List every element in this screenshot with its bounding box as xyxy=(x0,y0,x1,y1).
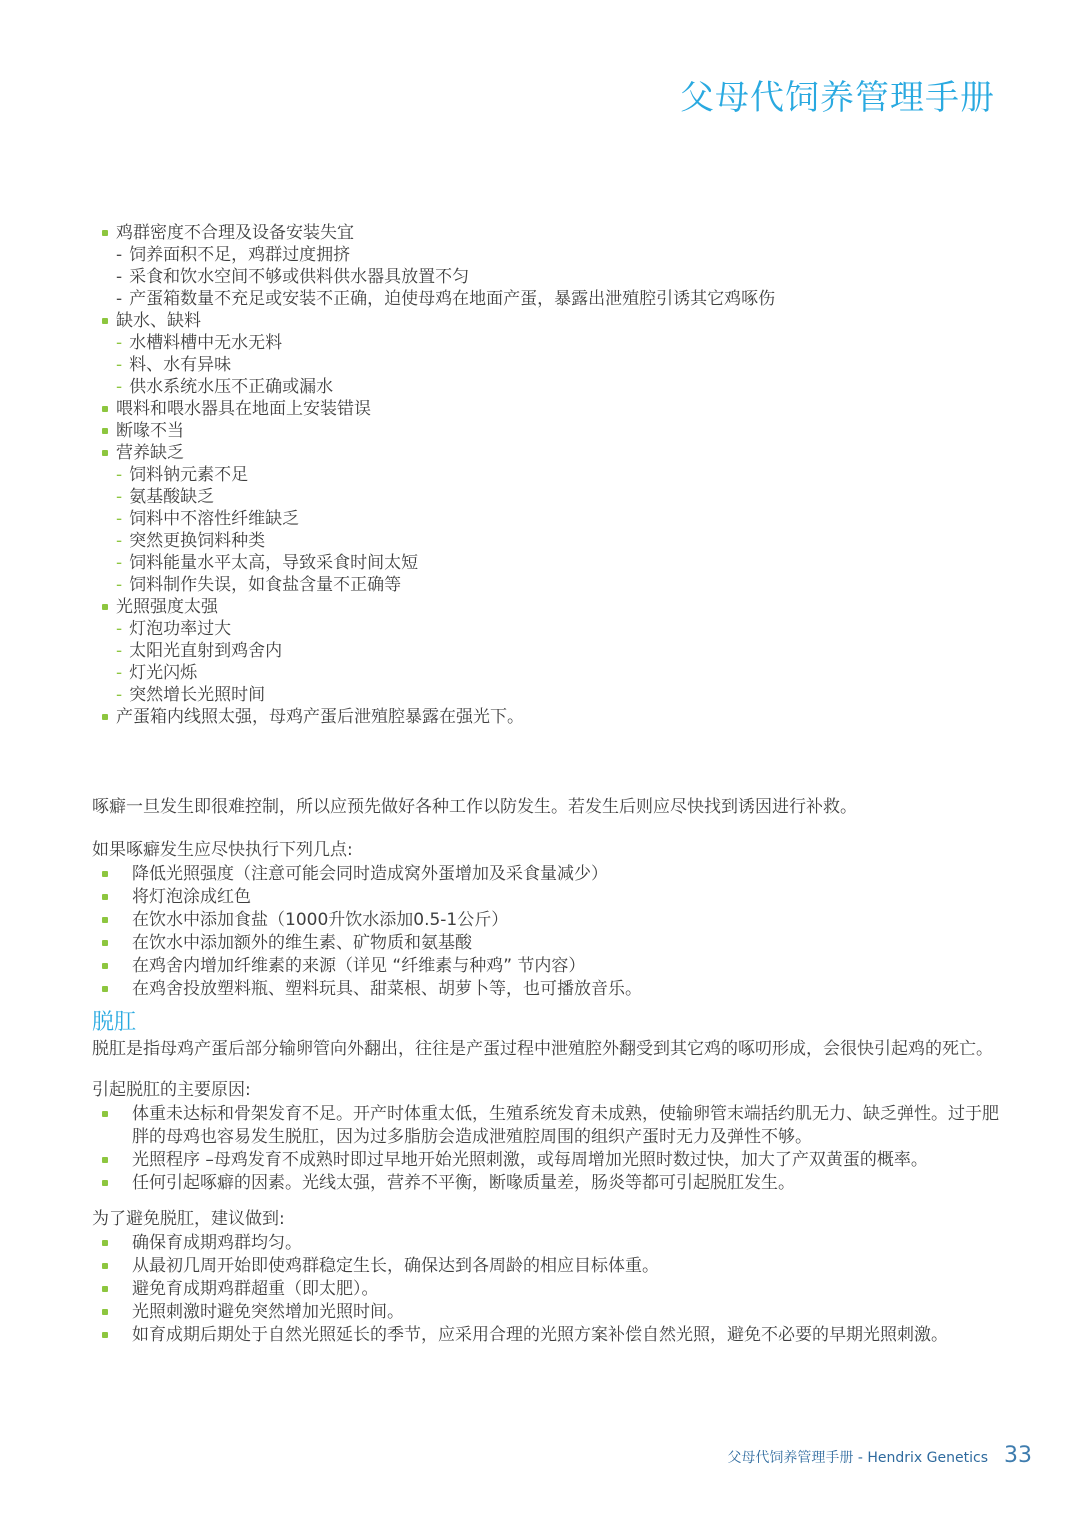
list-item-text: 在鸡舍投放塑料瓶、塑料玩具、甜菜根、胡萝卜等，也可播放音乐。 xyxy=(132,978,1000,1001)
bullet-icon xyxy=(102,450,108,456)
list-item: -饲料制作失误，如食盐含量不正确等 xyxy=(92,574,1000,596)
list-item-text: 供水系统水压不正确或漏水 xyxy=(129,376,1000,398)
list-item-text: 突然更换饲料种类 xyxy=(129,530,1000,552)
list-item: -氨基酸缺乏 xyxy=(92,486,1000,508)
list-item-text: 氨基酸缺乏 xyxy=(129,486,1000,508)
bullet-icon xyxy=(102,871,108,877)
bullet-icon xyxy=(102,1286,108,1292)
dash-icon: - xyxy=(116,376,122,398)
list-item-text: 在鸡舍内增加纤维素的来源（详见 “纤维素与种鸡” 节内容） xyxy=(132,955,1000,978)
list-item-text: 任何引起啄癖的因素。光线太强，营养不平衡，断喙质量差，肠炎等都可引起脱肛发生。 xyxy=(132,1172,1000,1195)
bullet-icon xyxy=(102,230,108,236)
dash-icon: - xyxy=(116,288,122,310)
bullet-icon xyxy=(102,428,108,434)
list-item: 在饮水中添加额外的维生素、矿物质和氨基酸 xyxy=(92,932,1000,955)
list-item: -饲养面积不足，鸡群过度拥挤 xyxy=(92,244,1000,266)
bullet-icon xyxy=(102,406,108,412)
list-item-text: 避免育成期鸡群超重（即太肥）。 xyxy=(132,1278,1000,1301)
list-item-text: 从最初几周开始即使鸡群稳定生长，确保达到各周龄的相应目标体重。 xyxy=(132,1255,1000,1278)
footer-manual-title: 父母代饲养管理手册 - Hendrix Genetics xyxy=(727,1447,988,1467)
bullet-icon xyxy=(102,963,108,969)
content-blocks: 鸡群密度不合理及设备安装失宜-饲养面积不足，鸡群过度拥挤-采食和饮水空间不够或供… xyxy=(92,222,1000,1347)
list-item-text: 饲养面积不足，鸡群过度拥挤 xyxy=(129,244,1000,266)
list-item: -料、水有异味 xyxy=(92,354,1000,376)
bullet-icon xyxy=(102,1332,108,1338)
dash-icon: - xyxy=(116,662,122,684)
spacer xyxy=(92,728,1000,795)
dash-icon: - xyxy=(116,354,122,376)
dash-icon: - xyxy=(116,332,122,354)
list-item-text: 缺水、缺料 xyxy=(116,310,1000,332)
bullet-icon xyxy=(102,604,108,610)
dash-icon: - xyxy=(116,574,122,596)
list-item: 任何引起啄癖的因素。光线太强，营养不平衡，断喙质量差，肠炎等都可引起脱肛发生。 xyxy=(92,1172,1000,1195)
list-item-text: 营养缺乏 xyxy=(116,442,1000,464)
list-item-text: 在饮水中添加食盐（1000升饮水添加0.5-1公斤） xyxy=(132,909,1000,932)
list-item: -饲料能量水平太高，导致采食时间太短 xyxy=(92,552,1000,574)
list-item: -采食和饮水空间不够或供料供水器具放置不匀 xyxy=(92,266,1000,288)
list-item: -太阳光直射到鸡舍内 xyxy=(92,640,1000,662)
list-item-text: 在饮水中添加额外的维生素、矿物质和氨基酸 xyxy=(132,932,1000,955)
list-item-text: 确保育成期鸡群均匀。 xyxy=(132,1232,1000,1255)
bullet-list: 鸡群密度不合理及设备安装失宜-饲养面积不足，鸡群过度拥挤-采食和饮水空间不够或供… xyxy=(92,222,1000,728)
spacer xyxy=(92,820,1000,838)
list-item: -水槽料槽中无水无料 xyxy=(92,332,1000,354)
list-item: -灯光闪烁 xyxy=(92,662,1000,684)
document-page: 父母代饲养管理手册 鸡群密度不合理及设备安装失宜-饲养面积不足，鸡群过度拥挤-采… xyxy=(0,0,1080,1527)
dash-icon: - xyxy=(116,552,122,574)
bullet-icon xyxy=(102,1309,108,1315)
dash-icon: - xyxy=(116,464,122,486)
dash-icon: - xyxy=(116,486,122,508)
spacer xyxy=(92,1195,1000,1207)
list-item: 产蛋箱内线照太强，母鸡产蛋后泄殖腔暴露在强光下。 xyxy=(92,706,1000,728)
list-item-text: 鸡群密度不合理及设备安装失宜 xyxy=(116,222,1000,244)
page-title: 父母代饲养管理手册 xyxy=(0,0,1080,118)
bullet-icon xyxy=(102,1180,108,1186)
list-item-text: 饲料中不溶性纤维缺乏 xyxy=(129,508,1000,530)
list-item: 体重未达标和骨架发育不足。开产时体重太低，生殖系统发育未成熟，使输卵管末端括约肌… xyxy=(92,1103,1000,1149)
list-item: 在鸡舍内增加纤维素的来源（详见 “纤维素与种鸡” 节内容） xyxy=(92,955,1000,978)
dash-icon: - xyxy=(116,618,122,640)
list-item: -饲料中不溶性纤维缺乏 xyxy=(92,508,1000,530)
spacer xyxy=(92,1062,1000,1078)
paragraph: 为了避免脱肛，建议做到: xyxy=(92,1207,1000,1232)
list-item-text: 突然增长光照时间 xyxy=(129,684,1000,706)
bullet-list: 确保育成期鸡群均匀。从最初几周开始即使鸡群稳定生长，确保达到各周龄的相应目标体重… xyxy=(92,1232,1000,1347)
list-item-text: 饲料能量水平太高，导致采食时间太短 xyxy=(129,552,1000,574)
list-item: 光照刺激时避免突然增加光照时间。 xyxy=(92,1301,1000,1324)
list-item: 避免育成期鸡群超重（即太肥）。 xyxy=(92,1278,1000,1301)
list-item-text: 体重未达标和骨架发育不足。开产时体重太低，生殖系统发育未成熟，使输卵管末端括约肌… xyxy=(132,1103,1000,1149)
bullet-icon xyxy=(102,1111,108,1117)
list-item-text: 灯光闪烁 xyxy=(129,662,1000,684)
paragraph: 啄癖一旦发生即很难控制，所以应预先做好各种工作以防发生。若发生后则应尽快找到诱因… xyxy=(92,795,1000,820)
list-item-text: 太阳光直射到鸡舍内 xyxy=(129,640,1000,662)
spacer xyxy=(92,1001,1000,1009)
list-item: -灯泡功率过大 xyxy=(92,618,1000,640)
list-item-text: 水槽料槽中无水无料 xyxy=(129,332,1000,354)
list-item: 降低光照强度（注意可能会同时造成窝外蛋增加及采食量减少） xyxy=(92,863,1000,886)
bullet-icon xyxy=(102,714,108,720)
dash-icon: - xyxy=(116,266,122,288)
dash-icon: - xyxy=(116,508,122,530)
paragraph: 脱肛是指母鸡产蛋后部分输卵管向外翻出，往往是产蛋过程中泄殖腔外翻受到其它鸡的啄叨… xyxy=(92,1037,1000,1062)
list-item: 如育成期后期处于自然光照延长的季节，应采用合理的光照方案补偿自然光照，避免不必要… xyxy=(92,1324,1000,1347)
bullet-list: 降低光照强度（注意可能会同时造成窝外蛋增加及采食量减少）将灯泡涂成红色在饮水中添… xyxy=(92,863,1000,1001)
section-heading: 脱肛 xyxy=(92,1009,1000,1037)
list-item: -供水系统水压不正确或漏水 xyxy=(92,376,1000,398)
list-item-text: 产蛋箱数量不充足或安装不正确，迫使母鸡在地面产蛋，暴露出泄殖腔引诱其它鸡啄伤 xyxy=(129,288,1000,310)
list-item: 从最初几周开始即使鸡群稳定生长，确保达到各周龄的相应目标体重。 xyxy=(92,1255,1000,1278)
bullet-list: 体重未达标和骨架发育不足。开产时体重太低，生殖系统发育未成熟，使输卵管末端括约肌… xyxy=(92,1103,1000,1195)
list-item: 光照强度太强 xyxy=(92,596,1000,618)
list-item-text: 光照强度太强 xyxy=(116,596,1000,618)
list-item-text: 将灯泡涂成红色 xyxy=(132,886,1000,909)
list-item-text: 饲料钠元素不足 xyxy=(129,464,1000,486)
list-item-text: 料、水有异味 xyxy=(129,354,1000,376)
list-item-text: 断喙不当 xyxy=(116,420,1000,442)
list-item: 断喙不当 xyxy=(92,420,1000,442)
list-item: 在鸡舍投放塑料瓶、塑料玩具、甜菜根、胡萝卜等，也可播放音乐。 xyxy=(92,978,1000,1001)
list-item: 喂料和喂水器具在地面上安装错误 xyxy=(92,398,1000,420)
bullet-icon xyxy=(102,986,108,992)
list-item-text: 喂料和喂水器具在地面上安装错误 xyxy=(116,398,1000,420)
list-item: 营养缺乏 xyxy=(92,442,1000,464)
paragraph: 如果啄癖发生应尽快执行下列几点: xyxy=(92,838,1000,863)
list-item: -突然增长光照时间 xyxy=(92,684,1000,706)
list-item: -突然更换饲料种类 xyxy=(92,530,1000,552)
list-item: -饲料钠元素不足 xyxy=(92,464,1000,486)
list-item: 确保育成期鸡群均匀。 xyxy=(92,1232,1000,1255)
bullet-icon xyxy=(102,1240,108,1246)
list-item: 缺水、缺料 xyxy=(92,310,1000,332)
list-item: 光照程序 –母鸡发育不成熟时即过早地开始光照刺激，或每周增加光照时数过快，加大了… xyxy=(92,1149,1000,1172)
dash-icon: - xyxy=(116,640,122,662)
bullet-icon xyxy=(102,1157,108,1163)
bullet-icon xyxy=(102,917,108,923)
list-item-text: 灯泡功率过大 xyxy=(129,618,1000,640)
bullet-icon xyxy=(102,894,108,900)
list-item-text: 光照刺激时避免突然增加光照时间。 xyxy=(132,1301,1000,1324)
list-item-text: 光照程序 –母鸡发育不成熟时即过早地开始光照刺激，或每周增加光照时数过快，加大了… xyxy=(132,1149,1000,1172)
list-item: 在饮水中添加食盐（1000升饮水添加0.5-1公斤） xyxy=(92,909,1000,932)
dash-icon: - xyxy=(116,684,122,706)
list-item: 鸡群密度不合理及设备安装失宜 xyxy=(92,222,1000,244)
bullet-icon xyxy=(102,940,108,946)
dash-icon: - xyxy=(116,244,122,266)
list-item-text: 饲料制作失误，如食盐含量不正确等 xyxy=(129,574,1000,596)
paragraph: 引起脱肛的主要原因: xyxy=(92,1078,1000,1103)
bullet-icon xyxy=(102,1263,108,1269)
list-item-text: 降低光照强度（注意可能会同时造成窝外蛋增加及采食量减少） xyxy=(132,863,1000,886)
bullet-icon xyxy=(102,318,108,324)
list-item-text: 如育成期后期处于自然光照延长的季节，应采用合理的光照方案补偿自然光照，避免不必要… xyxy=(132,1324,1000,1347)
list-item: -产蛋箱数量不充足或安装不正确，迫使母鸡在地面产蛋，暴露出泄殖腔引诱其它鸡啄伤 xyxy=(92,288,1000,310)
dash-icon: - xyxy=(116,530,122,552)
page-number: 33 xyxy=(1004,1443,1032,1468)
list-item-text: 采食和饮水空间不够或供料供水器具放置不匀 xyxy=(129,266,1000,288)
page-footer: 父母代饲养管理手册 - Hendrix Genetics 33 xyxy=(727,1443,1032,1468)
list-item: 将灯泡涂成红色 xyxy=(92,886,1000,909)
list-item-text: 产蛋箱内线照太强，母鸡产蛋后泄殖腔暴露在强光下。 xyxy=(116,706,1000,728)
